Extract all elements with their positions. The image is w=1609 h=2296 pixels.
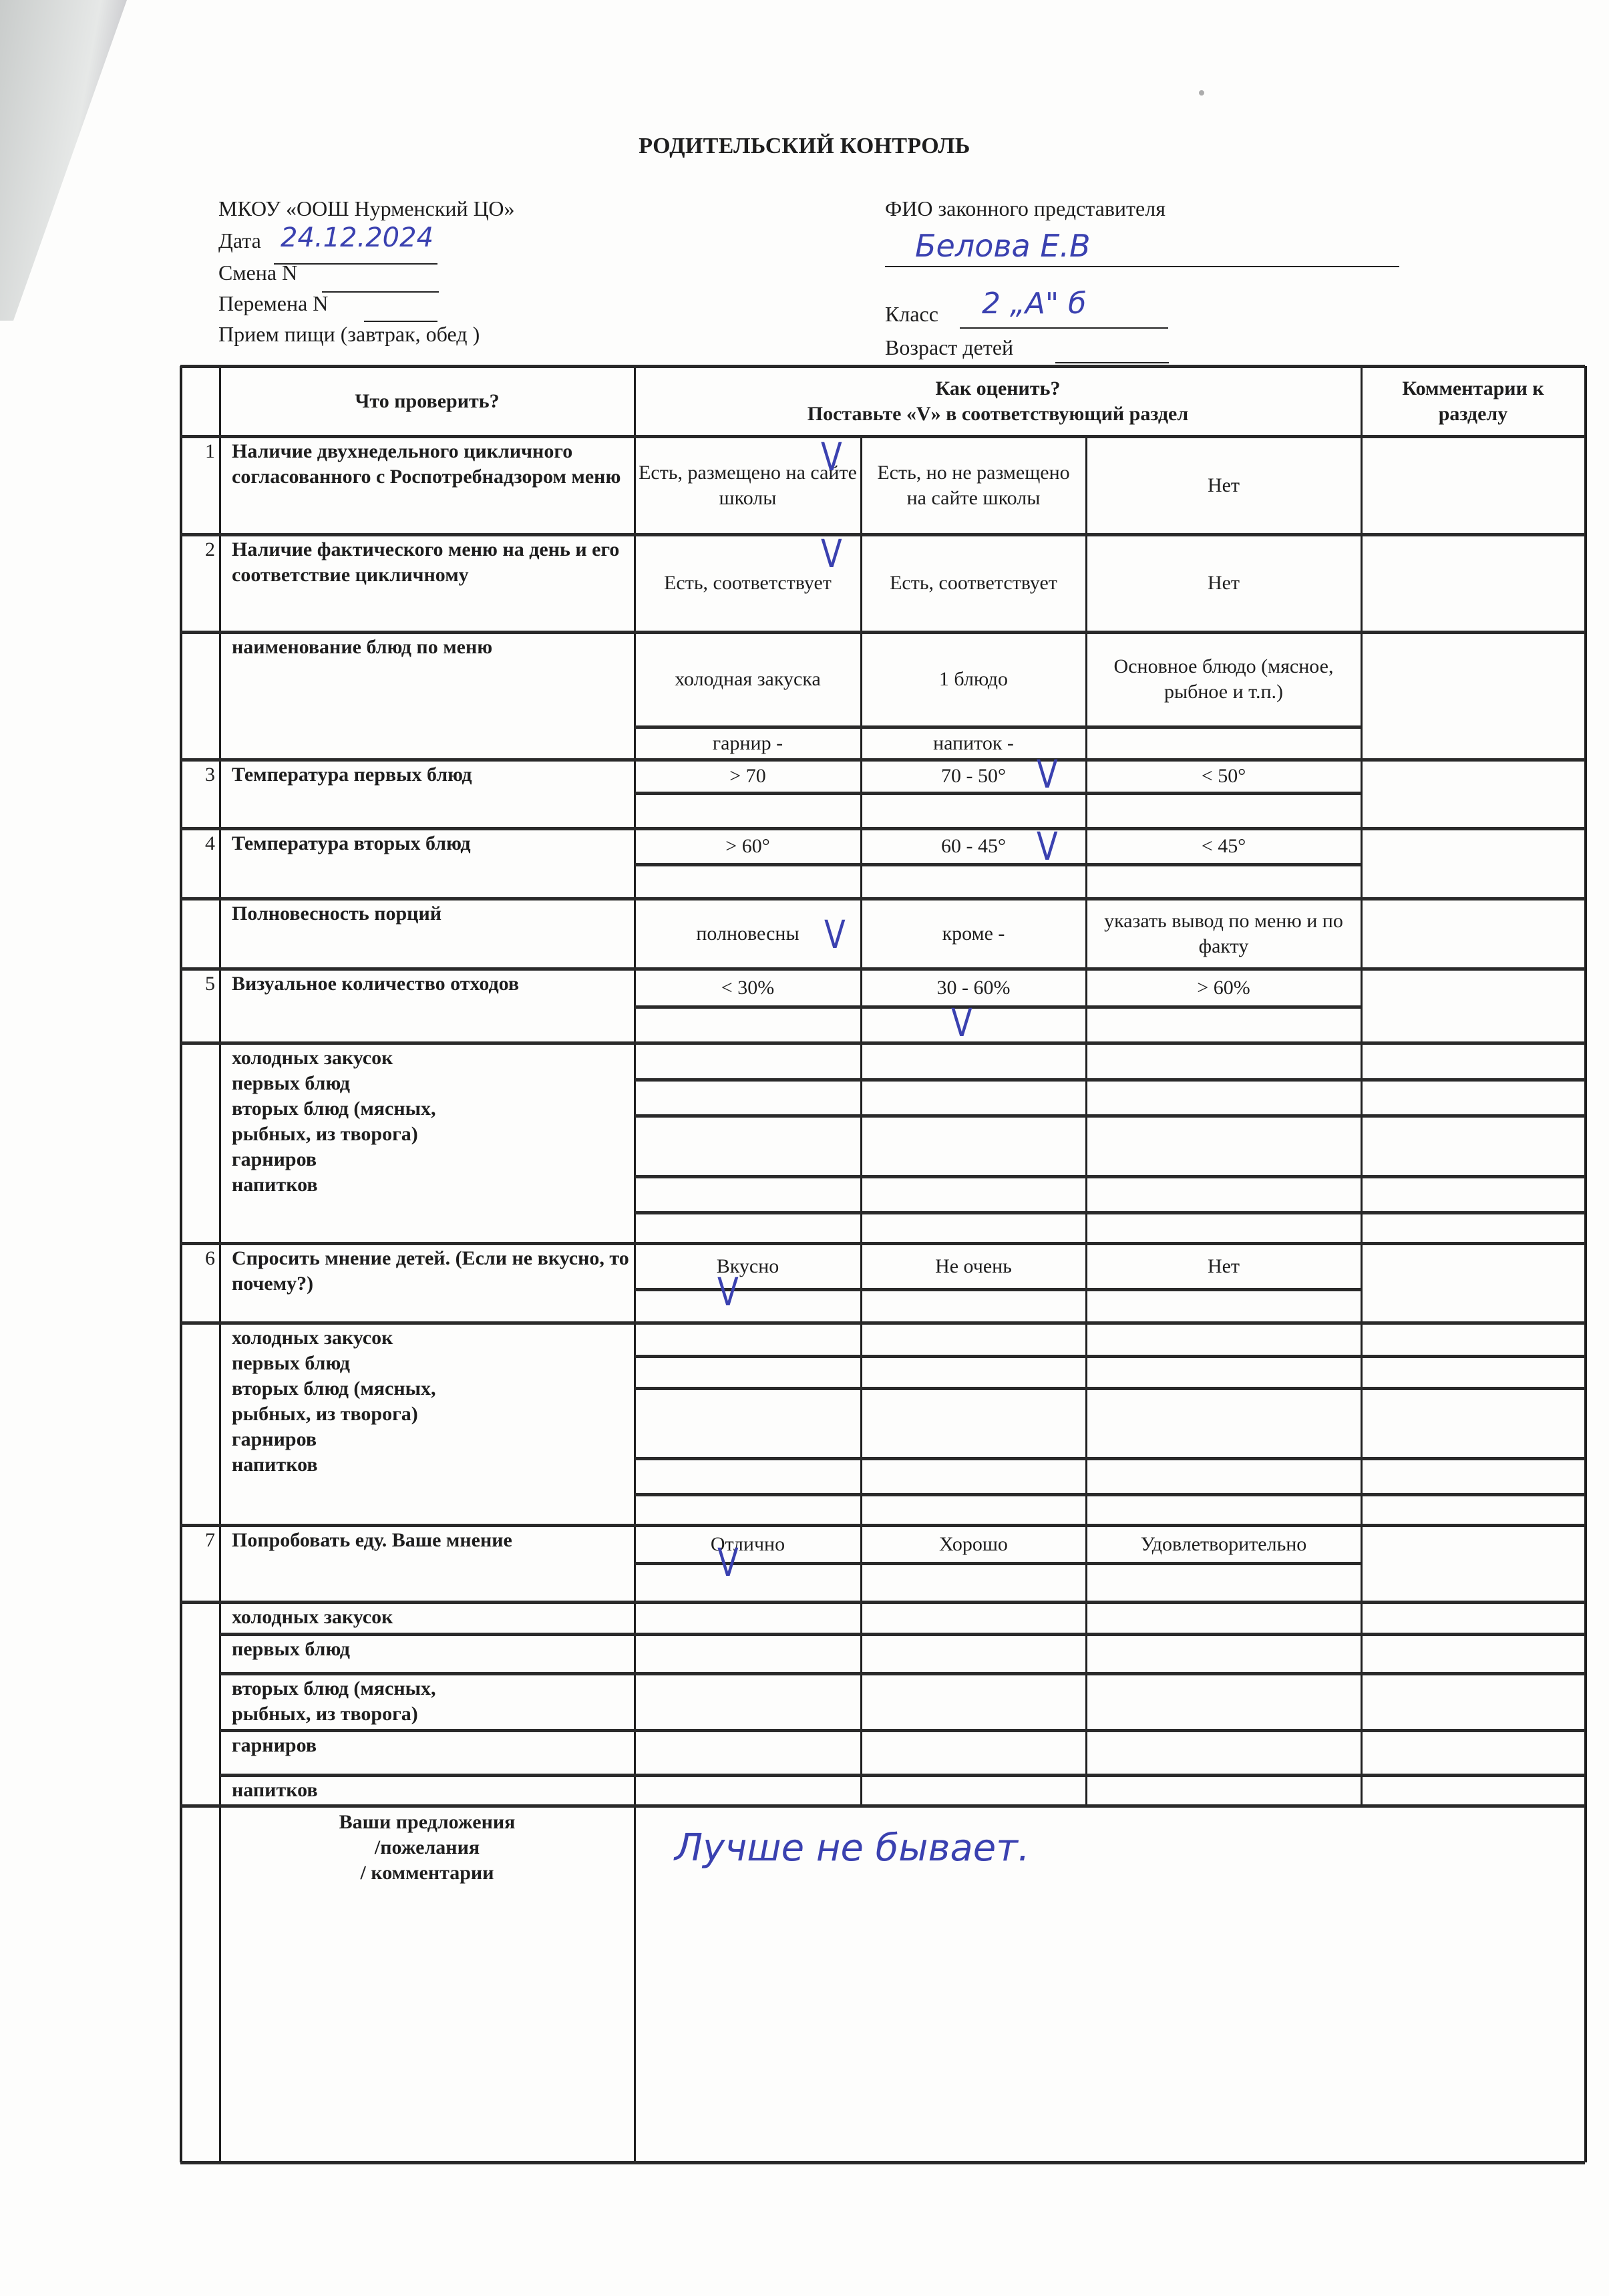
criterion-label: Попробовать еду. Ваше мнение (232, 1528, 631, 1553)
row-divider (635, 1288, 1361, 1291)
option-cell[interactable]: Нет (1086, 534, 1361, 632)
option-cell[interactable]: < 50° (1086, 760, 1361, 793)
criterion-label: Наличие фактического меню на день и его … (232, 537, 631, 588)
shift-field[interactable] (322, 291, 439, 293)
row-number: 4 (182, 831, 215, 856)
row-divider (220, 1633, 1585, 1636)
dish-type-cell: 1 блюдо (861, 632, 1086, 727)
option-cell[interactable]: Не очень (861, 1243, 1086, 1289)
criterion-label: Наличие двухнедельного цикличного соглас… (232, 439, 631, 490)
class-field[interactable]: 2 „А" б (982, 290, 1086, 317)
option-cell[interactable]: > 70 (635, 760, 861, 793)
check-row7: V (717, 1543, 739, 1582)
option-cell[interactable]: Нет (1086, 436, 1361, 534)
dish-type-cell: Основное блюдо (мясное, рыбное и т.п.) (1086, 632, 1361, 727)
option-cell[interactable]: Хорошо (861, 1525, 1086, 1563)
option-cell[interactable]: кроме - (861, 898, 1086, 969)
check-row6: V (717, 1273, 739, 1311)
guardian-label: ФИО законного представителя (885, 195, 1166, 222)
row-divider (220, 1672, 1585, 1675)
option-cell[interactable]: указать вывод по меню и по факту (1086, 898, 1361, 969)
date-label: Дата (218, 227, 261, 255)
suggestions-field[interactable]: Лучше не бывает. (675, 1827, 1030, 1870)
header-how-line-2: Поставьте «V» в соответствующий раздел (808, 401, 1188, 427)
row-divider (635, 1005, 1361, 1009)
scan-speck (1199, 90, 1204, 96)
row-divider (180, 2161, 1585, 2164)
row-divider (635, 1387, 1585, 1390)
criterion-label: Визуальное количество отходов (232, 971, 631, 997)
check-row1: V (821, 438, 842, 476)
date-field[interactable]: 24.12.2024 (281, 224, 433, 252)
school-name: МКОУ «ООШ Нурменский ЦО» (218, 195, 514, 222)
opinion-categories-label: холодных закусок первых блюд вторых блюд… (232, 1325, 631, 1478)
dish-name-field[interactable] (1086, 727, 1361, 760)
row-number: 5 (182, 971, 215, 997)
option-cell[interactable]: Нет (1086, 1243, 1361, 1289)
age-label: Возраст детей (885, 334, 1013, 361)
shift-label: Смена N (218, 259, 297, 287)
guardian-field[interactable]: Белова Е.В (915, 232, 1091, 260)
row-number: 7 (182, 1528, 215, 1553)
scan-shadow (0, 0, 127, 321)
row-divider (220, 1729, 1585, 1732)
criterion-label: наименование блюд по меню (232, 635, 631, 660)
option-cell[interactable]: Отлично (635, 1525, 861, 1563)
check-row5: V (951, 1003, 972, 1042)
row-divider (635, 1493, 1585, 1496)
option-cell[interactable]: 30 - 60% (861, 969, 1086, 1007)
option-cell[interactable]: > 60° (635, 828, 861, 864)
option-cell[interactable]: Вкусно (635, 1243, 861, 1289)
row-number: 1 (182, 439, 215, 464)
check-row4: V (1037, 827, 1058, 866)
break-label: Перемена N (218, 290, 328, 317)
option-cell[interactable]: < 45° (1086, 828, 1361, 864)
row-divider (220, 1774, 1585, 1777)
column-divider (1584, 366, 1587, 2162)
row-number: 2 (182, 537, 215, 562)
header-comments: Комментарии к разделу (1361, 366, 1585, 436)
option-cell[interactable]: Удовлетворительно (1086, 1525, 1361, 1563)
tasting-category-label: гарниров (232, 1733, 631, 1758)
row-divider (635, 1562, 1361, 1565)
row-divider (635, 1175, 1585, 1178)
row-divider (180, 1601, 1585, 1604)
header-how: Как оценить?Поставьте «V» в соответствую… (635, 366, 1361, 436)
row-divider (635, 863, 1361, 866)
class-underline (960, 327, 1168, 329)
row-divider (635, 1211, 1585, 1214)
dish-name-field[interactable]: гарнир - (635, 727, 861, 760)
meal-label: Прием пищи (завтрак, обед ) (218, 321, 480, 348)
tasting-category-label: вторых блюд (мясных, рыбных, из творога) (232, 1676, 631, 1727)
option-cell[interactable]: < 30% (635, 969, 861, 1007)
tasting-category-label: холодных закусок (232, 1605, 631, 1630)
row-number: 3 (182, 762, 215, 788)
criterion-label: Полновесность порций (232, 901, 631, 927)
check-row2: V (821, 534, 842, 573)
waste-categories-label: холодных закусок первых блюд вторых блюд… (232, 1045, 631, 1198)
guardian-underline (885, 266, 1399, 267)
row-divider (635, 1355, 1585, 1358)
check-row3: V (1037, 755, 1058, 794)
row-divider (635, 1457, 1585, 1460)
criterion-label: Спросить мнение детей. (Если не вкусно, … (232, 1246, 631, 1297)
criterion-label: Температура первых блюд (232, 762, 631, 788)
option-cell[interactable]: Есть, но не размещено на сайте школы (861, 436, 1086, 534)
suggestions-label: Ваши предложения /пожелания / комментари… (220, 1806, 635, 2006)
row-divider (635, 1114, 1585, 1118)
criterion-label: Температура вторых блюд (232, 831, 631, 856)
tasting-category-label: первых блюд (232, 1637, 631, 1662)
option-cell[interactable]: Есть, соответствует (861, 534, 1086, 632)
header-how-line-1: Как оценить? (936, 376, 1061, 401)
row-number: 6 (182, 1246, 215, 1271)
dish-type-cell: холодная закуска (635, 632, 861, 727)
row-divider (180, 1041, 1585, 1045)
row-divider (635, 1078, 1585, 1082)
tasting-category-label: напитков (232, 1778, 631, 1803)
date-underline (274, 263, 437, 265)
page-title: РОДИТЕЛЬСКИЙ КОНТРОЛЬ (0, 134, 1609, 159)
class-label: Класс (885, 301, 938, 328)
age-field[interactable] (1055, 362, 1169, 363)
check-portions: V (824, 915, 846, 954)
header-what: Что проверить? (220, 366, 635, 436)
row-divider (635, 792, 1361, 795)
option-cell[interactable]: > 60% (1086, 969, 1361, 1007)
row-divider (180, 1321, 1585, 1325)
